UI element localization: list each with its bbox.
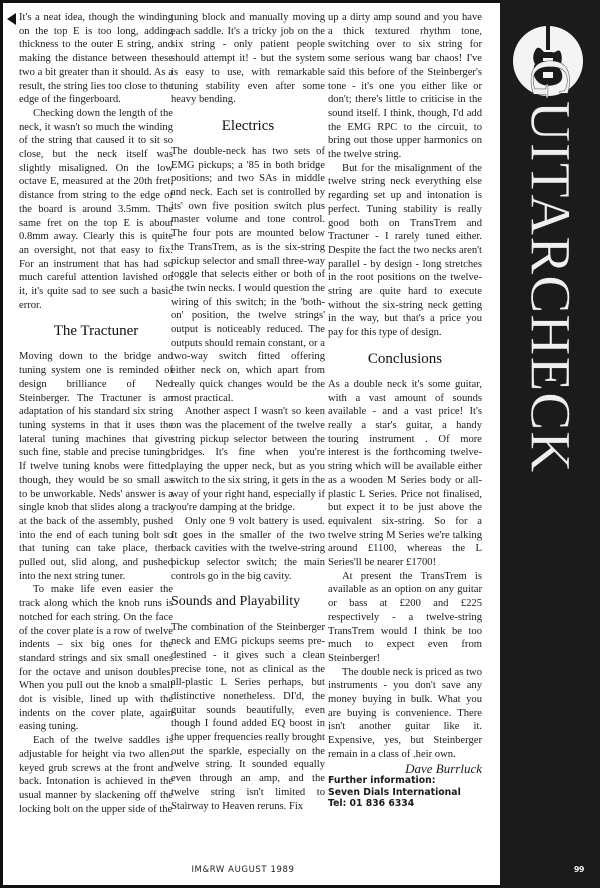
section-heading-tractuner: The Tractuner <box>19 322 173 340</box>
paragraph: At present the TransTrem is available as… <box>328 570 482 666</box>
section-heading-electrics: Electrics <box>171 117 325 135</box>
paragraph: It's a neat idea, though the winding on … <box>19 11 173 107</box>
paragraph: Only one 9 volt battery is used. It goes… <box>171 515 325 584</box>
article-column-1: It's a neat idea, though the winding on … <box>19 11 173 816</box>
section-title-text: GUITARCHECK <box>518 59 583 474</box>
page-number: 99 <box>574 865 584 874</box>
author-byline: Dave Burrluck <box>328 762 482 776</box>
paragraph: As a double neck it's some guitar, with … <box>328 378 482 570</box>
article-column-2: tuning block and manually moving each sa… <box>171 11 325 813</box>
paragraph: The combination of the Steinberger neck … <box>171 621 325 813</box>
paragraph: Another aspect I wasn't so keen on was t… <box>171 405 325 515</box>
section-title: GUITARCHECK <box>502 96 598 436</box>
continued-arrow-icon <box>7 13 16 25</box>
paragraph: To make life even easier the track along… <box>19 583 173 734</box>
section-heading-sounds: Sounds and Playability <box>171 593 325 611</box>
page-footer: IM&RW AUGUST 1989 <box>3 865 483 875</box>
paragraph: The double neck is priced as two instrum… <box>328 666 482 762</box>
article-column-3: up a dirty amp sound and you have a thic… <box>328 11 482 810</box>
paragraph: tuning block and manually moving each sa… <box>171 11 325 107</box>
paragraph: Each of the twelve saddles is adjustable… <box>19 734 173 816</box>
info-phone: Tel: 01 836 6334 <box>328 798 482 810</box>
info-company: Seven Dials International <box>328 787 482 799</box>
further-information: Further information: Seven Dials Interna… <box>328 775 482 810</box>
paragraph: up a dirty amp sound and you have a thic… <box>328 11 482 162</box>
section-sidebar-band: GUITARCHECK 99 <box>500 0 600 888</box>
paragraph: The double-neck has two sets of EMG pick… <box>171 145 325 405</box>
section-heading-conclusions: Conclusions <box>328 350 482 368</box>
paragraph: Checking down the length of the neck, it… <box>19 107 173 313</box>
paragraph: Moving down to the bridge and tuning sys… <box>19 350 173 583</box>
info-label: Further information: <box>328 775 482 787</box>
paragraph: But for the misalignment of the twelve s… <box>328 162 482 340</box>
